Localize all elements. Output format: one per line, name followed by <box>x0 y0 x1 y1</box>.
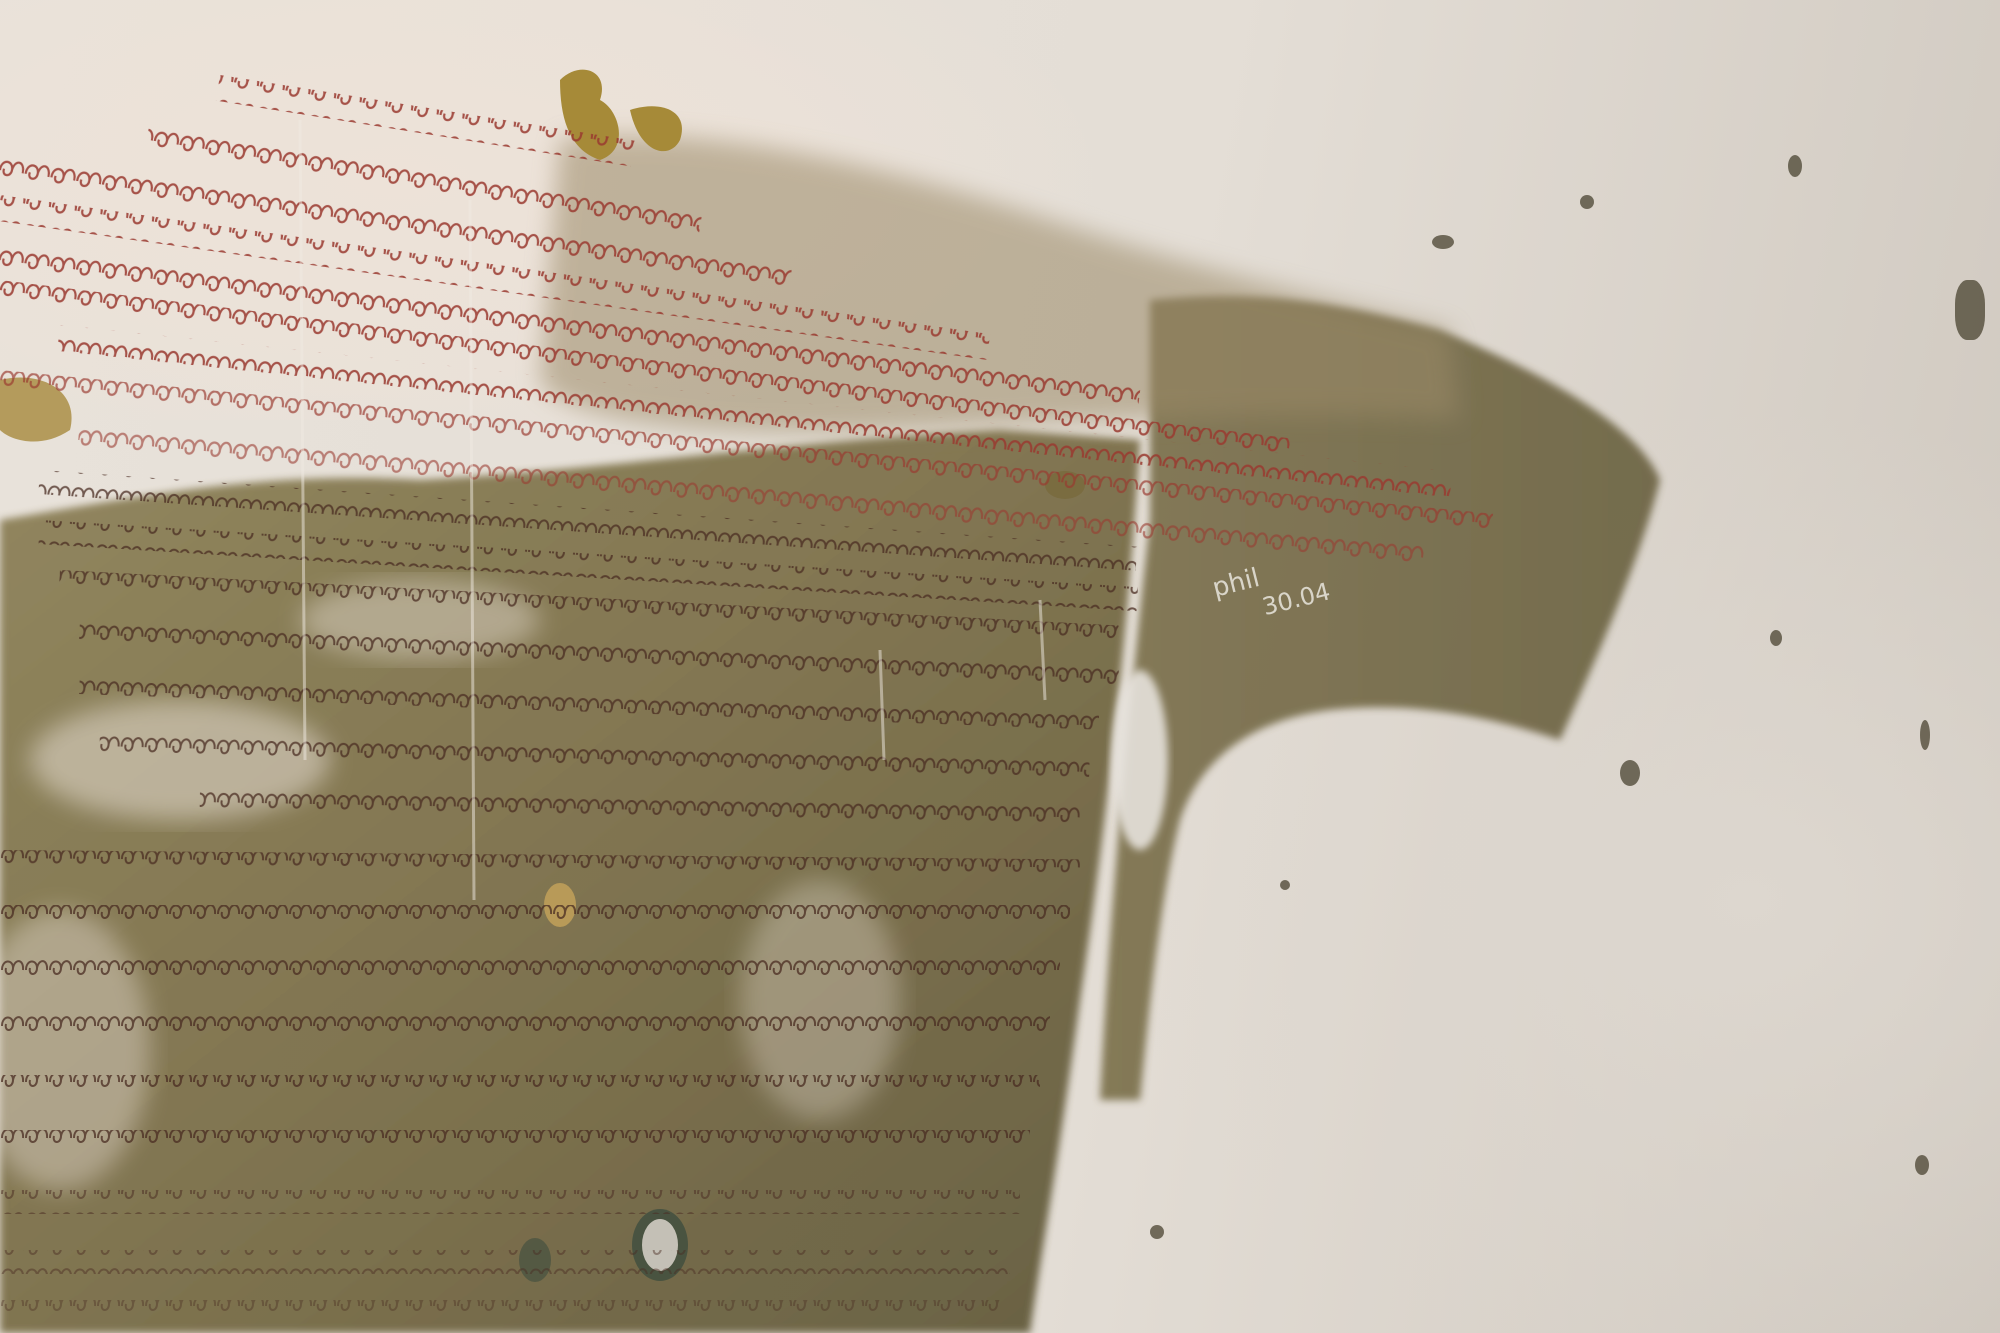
wall-fleck <box>1580 195 1594 209</box>
wall-fleck <box>1620 760 1640 786</box>
wall-fleck <box>1788 155 1802 177</box>
wall-fleck <box>1955 280 1985 340</box>
wall-fleck <box>1920 720 1930 750</box>
wall-fleck <box>1770 630 1782 646</box>
lower-dark-script-lines <box>0 470 1138 1324</box>
wall-photo: phil 30.04 <box>0 0 2000 1333</box>
wall-fleck <box>1280 880 1290 890</box>
burmese-inscription <box>0 0 2000 1333</box>
wall-fleck <box>1432 235 1454 249</box>
wall-fleck <box>1150 1225 1164 1239</box>
wall-fleck <box>1915 1155 1929 1175</box>
